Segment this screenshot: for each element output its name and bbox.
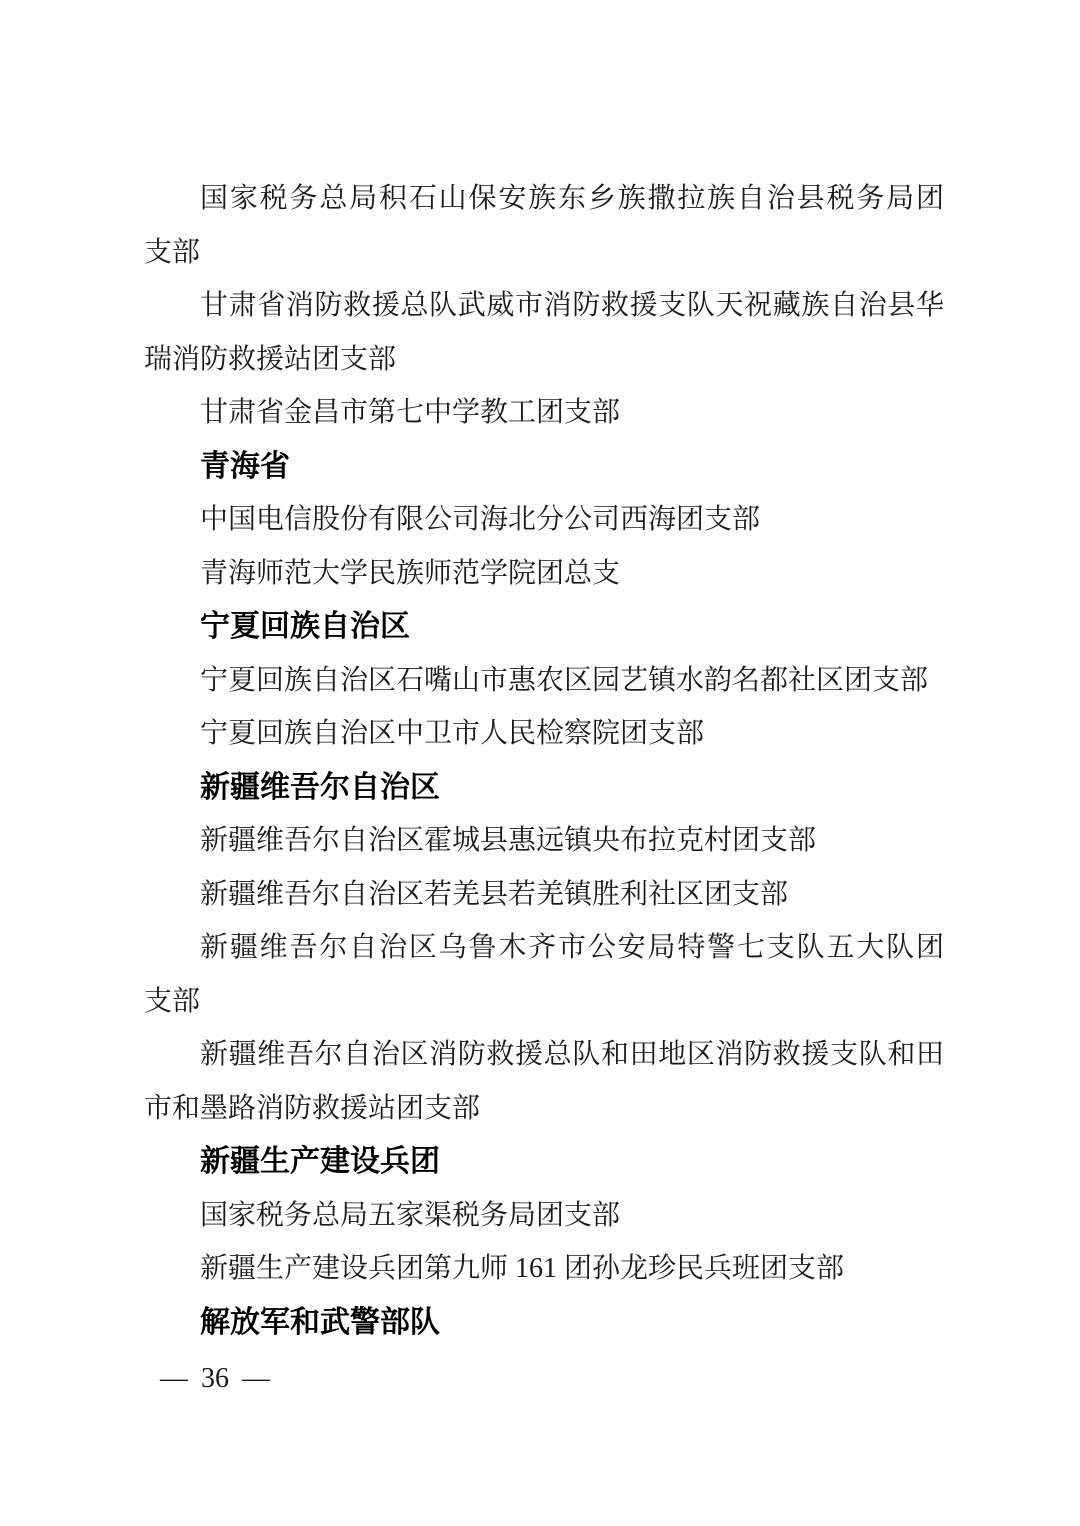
org-line-continuation: 市和墨路消防救援站团支部	[144, 1082, 944, 1136]
section-header-xinjiang: 新疆维吾尔自治区	[144, 761, 944, 815]
org-line: 国家税务总局积石山保安族东乡族撒拉族自治县税务局团	[144, 172, 944, 226]
org-line: 国家税务总局五家渠税务局团支部	[144, 1189, 944, 1243]
section-header-bingtuan: 新疆生产建设兵团	[144, 1135, 944, 1189]
section-header-military: 解放军和武警部队	[144, 1296, 944, 1350]
org-line: 宁夏回族自治区石嘴山市惠农区园艺镇水韵名都社区团支部	[144, 654, 944, 708]
section-header-qinghai: 青海省	[144, 440, 944, 494]
org-line: 新疆维吾尔自治区消防救援总队和田地区消防救援支队和田	[144, 1028, 944, 1082]
page-number: — 36 —	[160, 1358, 270, 1400]
document-page: 国家税务总局积石山保安族东乡族撒拉族自治县税务局团 支部 甘肃省消防救援总队武威…	[0, 0, 1080, 1526]
org-line: 甘肃省消防救援总队武威市消防救援支队天祝藏族自治县华	[144, 279, 944, 333]
org-line: 青海师范大学民族师范学院团总支	[144, 547, 944, 601]
org-line-continuation: 支部	[144, 975, 944, 1029]
award-list: 国家税务总局积石山保安族东乡族撒拉族自治县税务局团 支部 甘肃省消防救援总队武威…	[144, 172, 944, 1349]
org-line: 中国电信股份有限公司海北分公司西海团支部	[144, 493, 944, 547]
org-line: 新疆生产建设兵团第九师 161 团孙龙珍民兵班团支部	[144, 1242, 944, 1296]
org-line: 宁夏回族自治区中卫市人民检察院团支部	[144, 707, 944, 761]
org-line: 新疆维吾尔自治区霍城县惠远镇央布拉克村团支部	[144, 814, 944, 868]
org-line-continuation: 支部	[144, 226, 944, 280]
org-line: 新疆维吾尔自治区若羌县若羌镇胜利社区团支部	[144, 868, 944, 922]
section-header-ningxia: 宁夏回族自治区	[144, 600, 944, 654]
org-line: 甘肃省金昌市第七中学教工团支部	[144, 386, 944, 440]
org-line-continuation: 瑞消防救援站团支部	[144, 333, 944, 387]
org-line: 新疆维吾尔自治区乌鲁木齐市公安局特警七支队五大队团	[144, 921, 944, 975]
